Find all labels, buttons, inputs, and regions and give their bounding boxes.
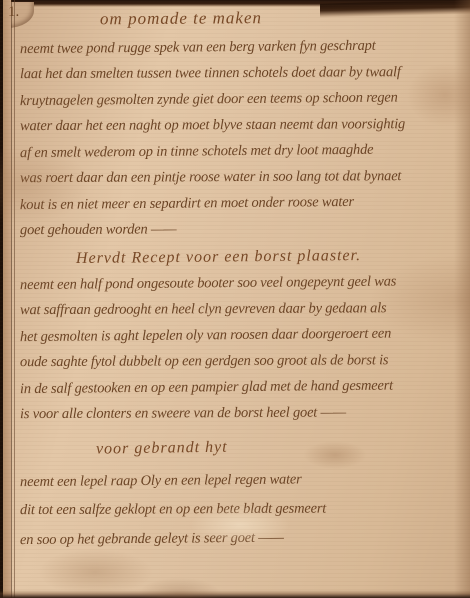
recipe-line: goet gehouden worden —— — [20, 215, 462, 243]
recipe-line: neemt twee pond rugge spek van een berg … — [20, 32, 462, 62]
recipe-heading-borst-plaaster: Hervdt Recept voor een borst plaaster. — [76, 246, 462, 268]
recipe-line: is voor alle clonters en sweere van de b… — [20, 399, 462, 427]
recipe-line: water daar het een naght op moet blyve s… — [20, 111, 462, 139]
manuscript-page-scan: 1. om pomade te maken neemt twee pond ru… — [0, 0, 470, 598]
page-fold-line — [14, 0, 15, 598]
recipe-heading-pomade: om pomade te maken — [100, 7, 462, 30]
recipe-line: en soo op het gebrande geleyt is seer go… — [20, 522, 462, 555]
recipe-line: kout is en niet meer en separdirt en moe… — [20, 188, 462, 218]
recipe-line: was roert daar dan een pintje roose wate… — [20, 163, 462, 191]
recipe-line: laat het dan smelten tussen twee tinnen … — [20, 59, 462, 87]
page-number: 1. — [8, 4, 19, 21]
recipe-line: af en smelt wederom op in tinne schotels… — [20, 136, 462, 166]
recipe-line: dit tot een salfze geklopt en op een bet… — [20, 494, 462, 525]
recipe-line: in de salf gestooken en op een pampier g… — [20, 372, 462, 402]
page-stack-edge — [3, 0, 11, 598]
recipe-body-pomade: neemt twee pond rugge spek van een berg … — [20, 34, 462, 242]
recipe-line: kruytnagelen gesmolten zynde giet door e… — [20, 84, 462, 114]
recipe-body-gebrande-huid: neemt een lepel raap Oly en een lepel re… — [20, 466, 462, 553]
recipe-line: wat saffraan gedrooght en heel clyn gevr… — [20, 295, 462, 323]
recipe-heading-gebrande-huid: voor gebrandt hyt — [96, 435, 462, 458]
bottom-page-edge — [0, 590, 470, 598]
recipe-line: neemt een half pond ongesoute booter soo… — [20, 268, 462, 298]
handwritten-text: om pomade te maken neemt twee pond rugge… — [20, 6, 462, 553]
recipe-line: neemt een lepel raap Oly en een lepel re… — [20, 464, 462, 497]
recipe-line: het gesmolten is aght lepelen oly van ro… — [20, 320, 462, 350]
recipe-line: oude saghte fytol dubbelt op een gerdgen… — [20, 347, 462, 375]
recipe-body-borst-plaaster: neemt een half pond ongesoute booter soo… — [20, 270, 462, 426]
